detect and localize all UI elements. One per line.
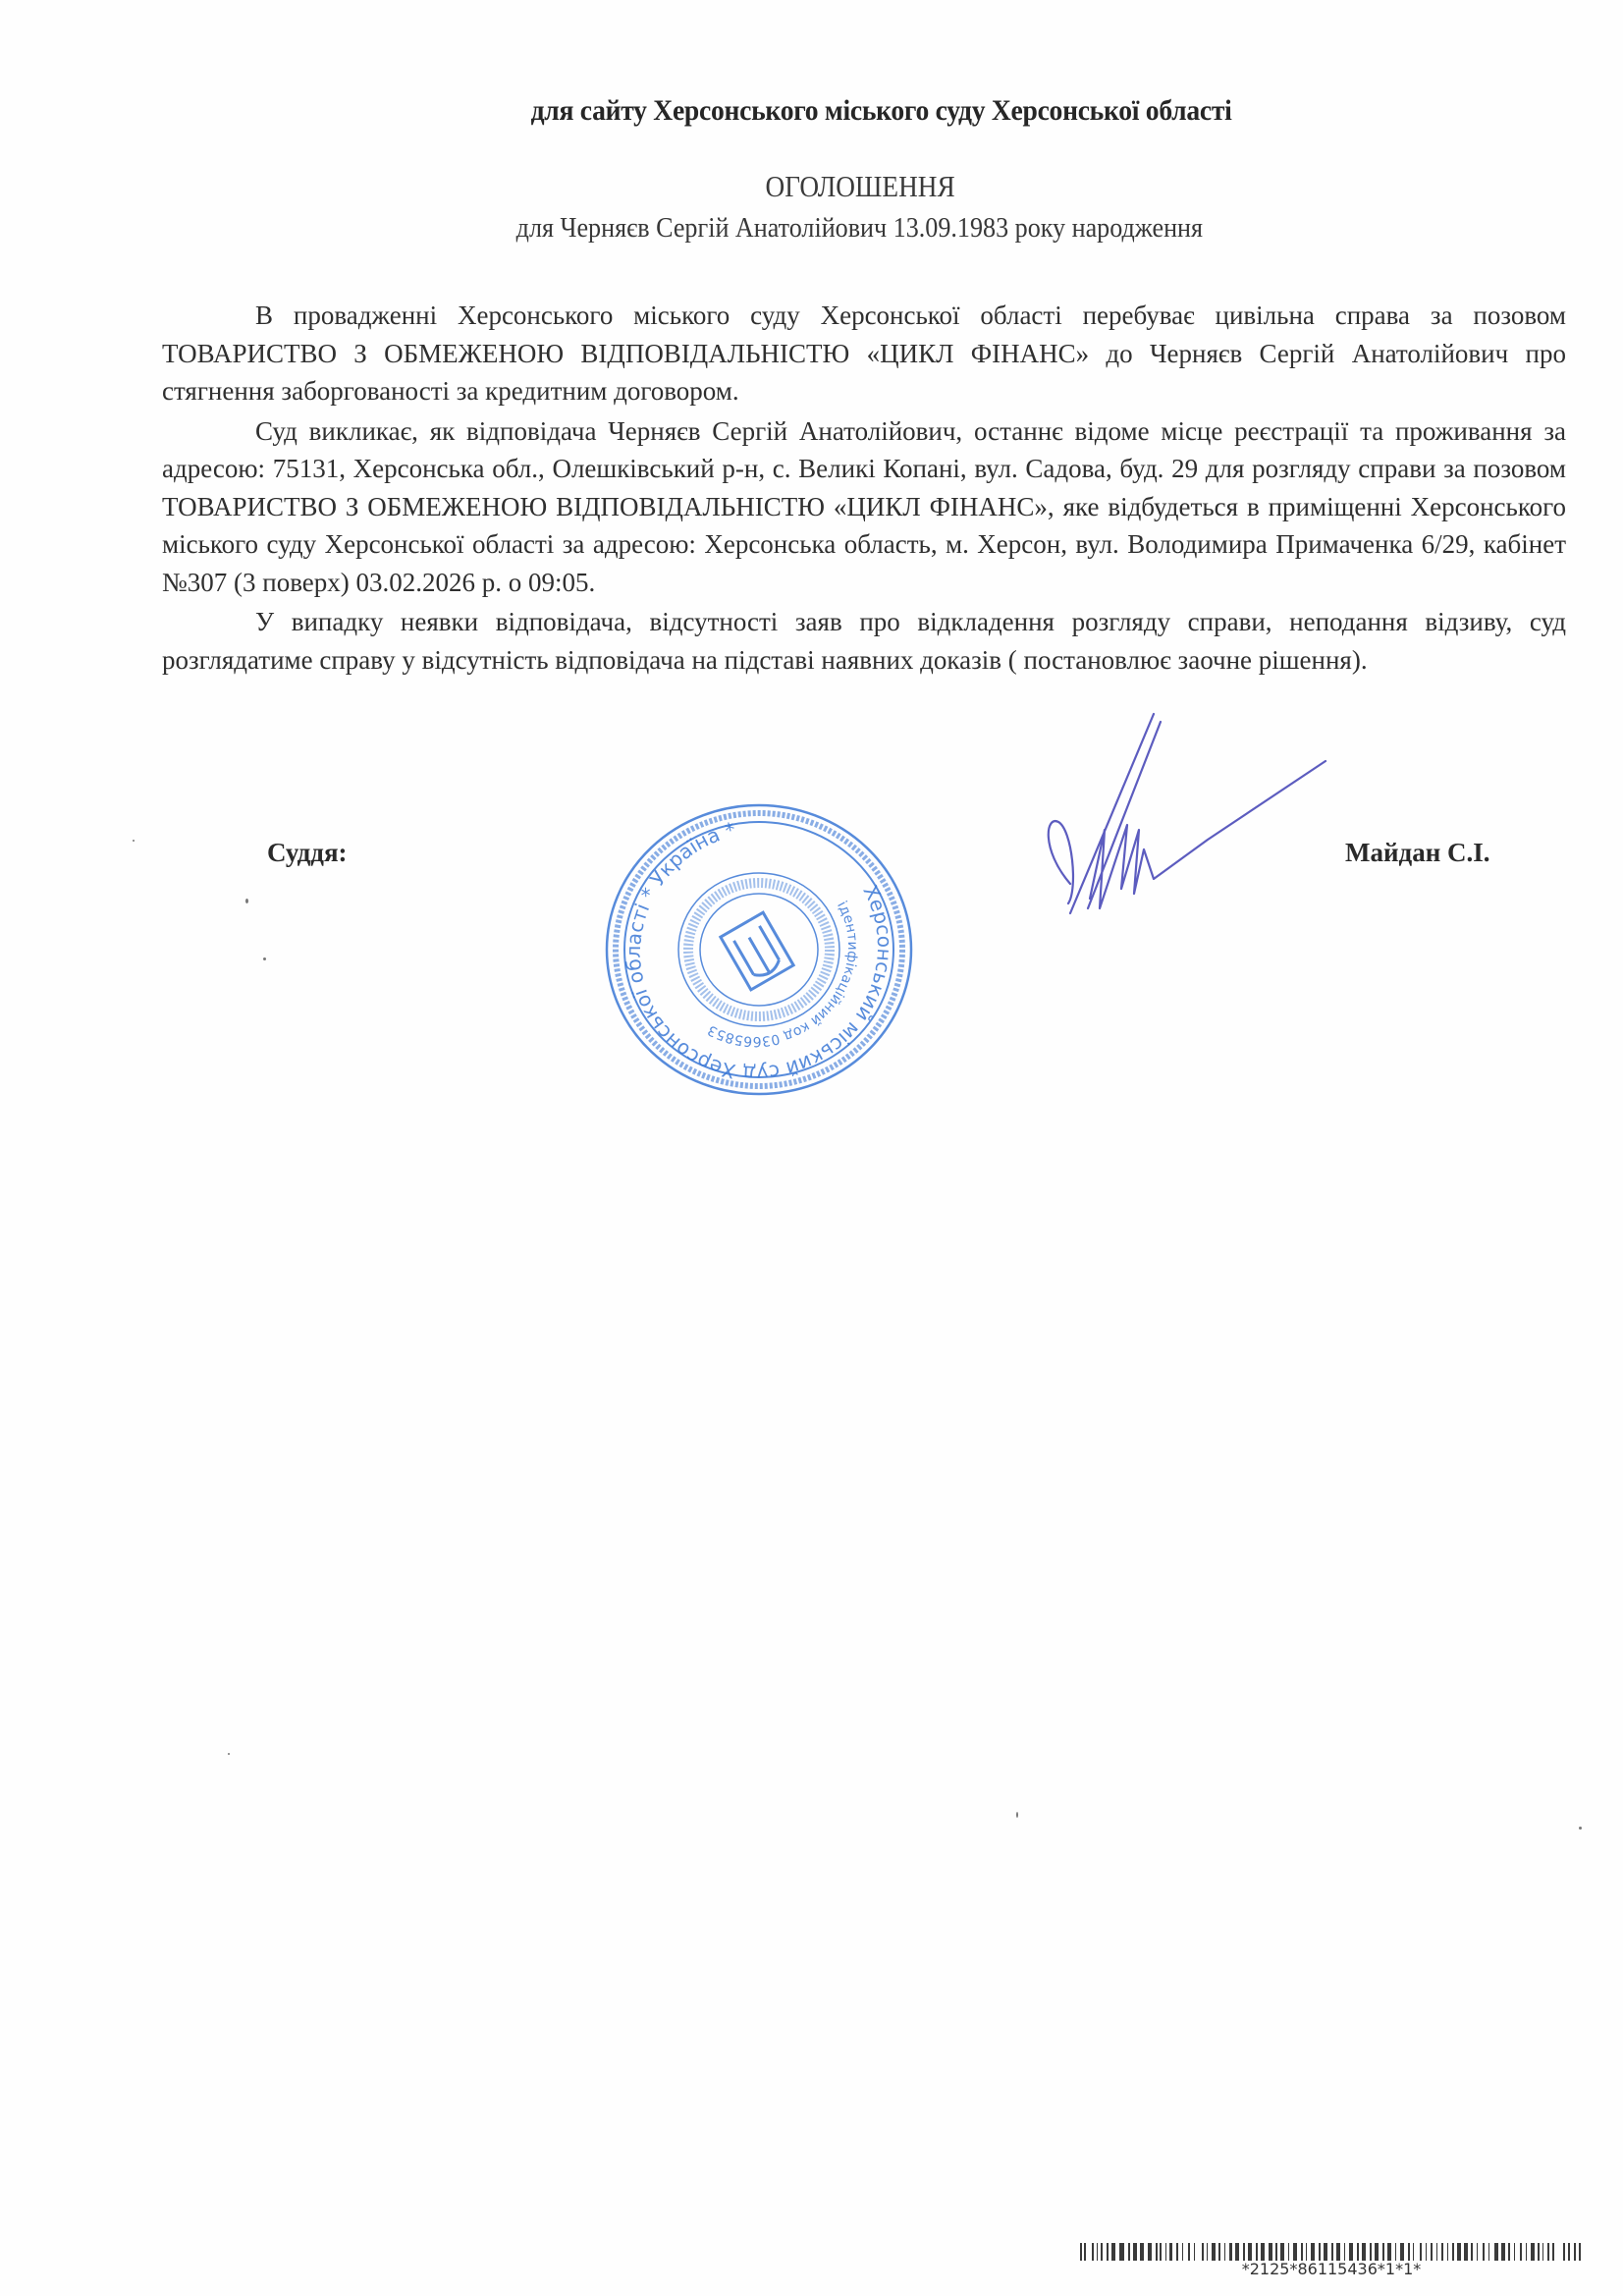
scan-speck <box>1579 1827 1582 1830</box>
paragraph-case-info: В провадженні Херсонського міського суду… <box>162 297 1566 410</box>
scan-speck <box>133 840 135 842</box>
document-body: В провадженні Херсонського міського суду… <box>162 297 1566 679</box>
document-subtitle: для Черняєв Сергій Анатолійович 13.09.19… <box>89 212 1550 245</box>
document-page: для сайту Херсонського міського суду Хер… <box>0 0 1623 2296</box>
judge-name: Майдан С.І. <box>1345 838 1490 868</box>
scan-speck <box>228 1753 230 1755</box>
paragraph-absence-notice: У випадку неявки відповідача, відсутност… <box>162 603 1566 679</box>
svg-text:Херсонський міський суд Херсон: Херсонський міський суд Херсонської обла… <box>597 797 921 1102</box>
paragraph-summons: Суд викликає, як відповідача Черняєв Сер… <box>162 412 1566 602</box>
scan-speck <box>1016 1812 1018 1818</box>
judge-signature-icon <box>1031 712 1345 928</box>
court-stamp-icon: Херсонський міський суд Херсонської обла… <box>597 797 921 1102</box>
barcode-icon <box>1080 2243 1583 2261</box>
scan-speck <box>245 899 248 903</box>
scan-speck <box>263 957 266 960</box>
barcode-number: *2125*86115436*1*1* <box>1080 2260 1583 2278</box>
judge-label: Суддя: <box>267 838 348 868</box>
site-header: для сайту Херсонського міського суду Хер… <box>72 94 1565 128</box>
document-title: ОГОЛОШЕННЯ <box>107 169 1536 204</box>
